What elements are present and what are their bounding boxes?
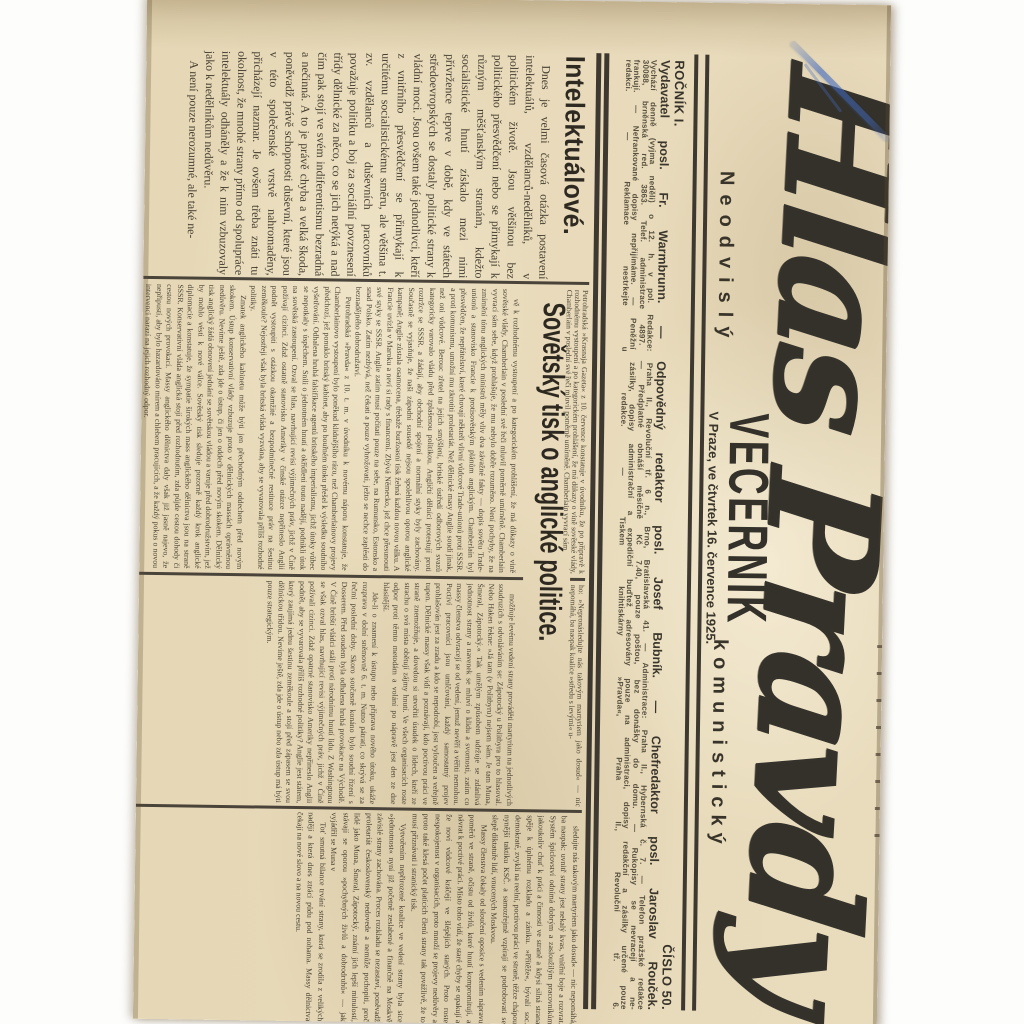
- article-paragraph: Petrohradská »Pravda« z 10. t. m. v úvod…: [244, 285, 353, 570]
- column-divider-2-upper: [570, 578, 585, 581]
- subtitle-left: Neodvislý: [712, 171, 737, 347]
- subtitle-center: VEČERNÍK: [718, 413, 777, 626]
- article-paragraph: Dnes je velmi časová otázka postavení in…: [199, 51, 554, 280]
- article-paragraph: možňuje levému vedení strany prováděti m…: [377, 582, 517, 806]
- header-issue: ČÍSLO 50.: [659, 944, 675, 1010]
- article-paragraph: vě k rozhodnému vystoupení a po kategori…: [349, 287, 521, 573]
- column-4: sledujte nás takovým martyriem jako dosu…: [133, 810, 582, 1024]
- headline-intelektualove: Intelektuálové.: [557, 56, 590, 262]
- article-paragraph: Toť smutná bilance trvání strany, která …: [291, 812, 328, 1021]
- header-volume: ROČNÍK I.: [671, 60, 687, 127]
- headline-sovetsky-tisk: Sovětský tisk o anglické politice.: [531, 302, 573, 641]
- article-paragraph: Jde-li o znamení k ústupu nebo příprava …: [262, 581, 381, 805]
- article-paragraph: Zmatek anglického kabinetu může býti jen…: [139, 284, 248, 569]
- column-2: Petrohradská »Krasnaja Gazeta« z 10. čer…: [139, 284, 589, 574]
- article-paragraph: A není pouze nerozumné, ale také ne-: [183, 50, 202, 274]
- column-3: ho: »Nepronásledujte nás takovým martyri…: [136, 579, 585, 807]
- column-1: Intelektuálové. Dnes je velmi časová otá…: [143, 50, 592, 280]
- article-paragraph: Massy členstva čekaly od sloučení oposic…: [406, 814, 489, 1024]
- article-paragraph: sledujte nás takovým martyriem jako dosu…: [487, 815, 582, 1024]
- scanner-background: Hlas Pravdy Neodvislý VEČERNÍK komunisti…: [0, 0, 1024, 1024]
- newspaper-page: Hlas Pravdy Neodvislý VEČERNÍK komunisti…: [133, 0, 891, 1024]
- article-paragraph: Vytvořením nepřirozené koalice ve vedení…: [326, 812, 409, 1022]
